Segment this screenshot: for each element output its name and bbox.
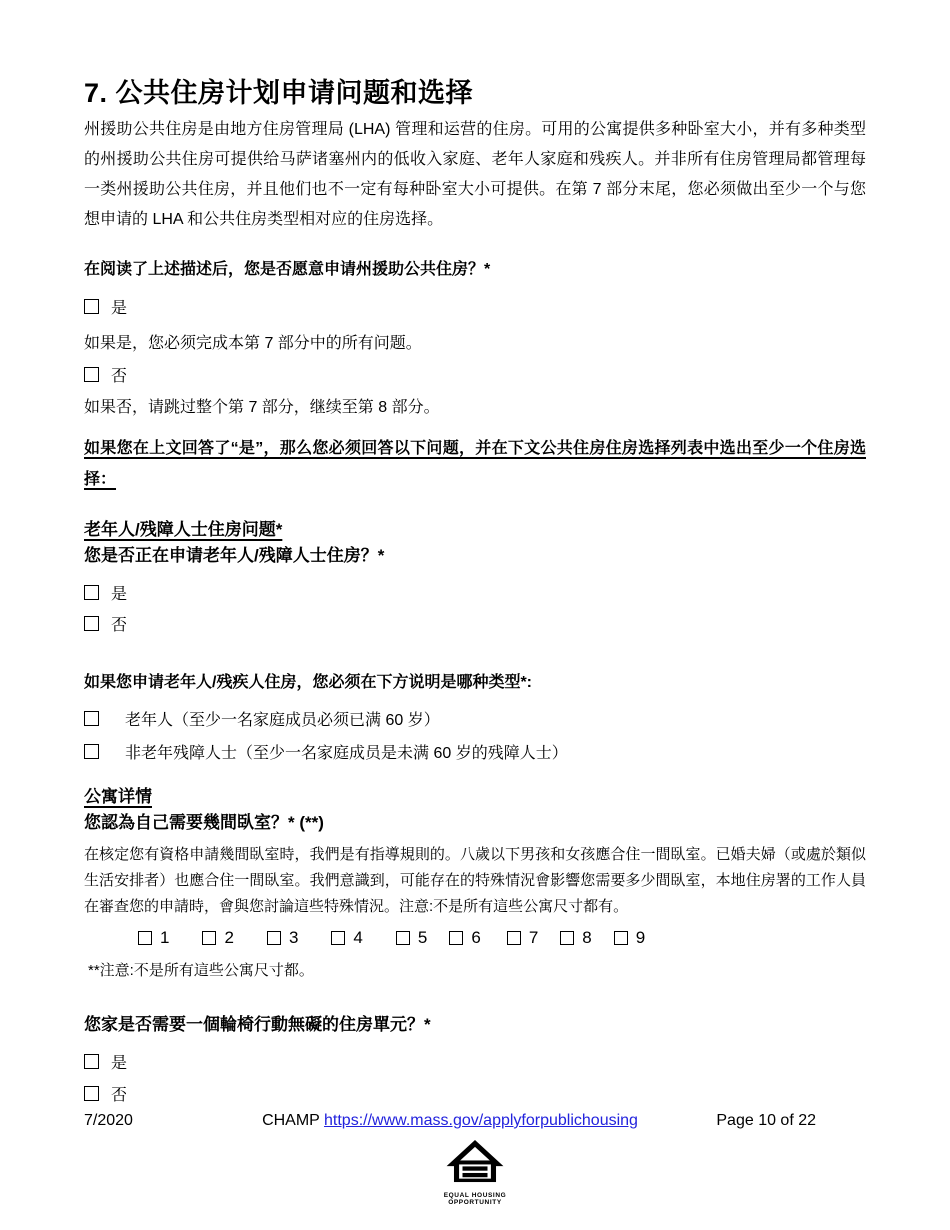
equal-housing-house-icon [446,1140,504,1190]
bedroom-3-label: 3 [289,928,298,948]
apply-yes-checkbox[interactable] [84,299,99,314]
bedroom-7-checkbox[interactable] [507,931,521,945]
equal-housing-logo: EQUAL HOUSING OPPORTUNITY [84,1140,866,1206]
page-footer: 7/2020 CHAMP https://www.mass.gov/applyf… [84,1112,866,1130]
apartment-section-heading: 公寓详情 [84,784,152,810]
bedroom-2-checkbox[interactable] [202,931,216,945]
elderly-no-option-row: 否 [84,612,866,634]
apartment-section: 公寓详情 您認為自己需要幾間臥室？* (**) [84,784,866,836]
elderly-yes-option-row: 是 [84,581,866,603]
apply-no-label: 否 [111,363,127,386]
bedroom-1-checkbox[interactable] [138,931,152,945]
bedroom-footnote: **注意:不是所有這些公寓尺寸都。 [84,958,866,984]
elderly-yes-checkbox[interactable] [84,585,99,600]
apply-yes-option-row: 是 [84,295,866,317]
bedroom-guidance-paragraph: 在核定您有資格申請幾間臥室時，我們是有指導規則的。八歲以下男孩和女孩應合住一間臥… [84,842,866,920]
apply-no-option-row: 否 [84,363,866,385]
page-title: 7. 公共住房计划申请问题和选择 [84,76,866,111]
wheelchair-no-label: 否 [111,1082,127,1105]
bedroom-option-8: 8 [560,928,591,948]
wheelchair-yes-option-row: 是 [84,1050,866,1072]
elderly-type-checkbox[interactable] [84,711,99,726]
bedroom-option-7: 7 [507,928,538,948]
bedroom-option-5: 5 [396,928,427,948]
bedroom-option-4: 4 [331,928,362,948]
bedroom-1-label: 1 [160,928,169,948]
elderly-type-option-row: 老年人（至少一名家庭成员必须已满 60 岁） [84,707,866,729]
footer-page-indicator: Page 10 of 22 [638,1112,866,1130]
elderly-no-checkbox[interactable] [84,616,99,631]
bedroom-option-3: 3 [267,928,298,948]
footer-date: 7/2020 [84,1112,262,1130]
logo-text-line2: OPPORTUNITY [444,1199,507,1206]
champ-label: CHAMP [262,1112,320,1129]
wheelchair-no-option-row: 否 [84,1082,866,1104]
wheelchair-yes-checkbox[interactable] [84,1054,99,1069]
conditional-instruction: 如果您在上文回答了“是”，那么您必须回答以下问题，并在下文公共住房住房选择列表中… [84,433,866,495]
wheelchair-no-checkbox[interactable] [84,1086,99,1101]
nonelderly-type-option-row: 非老年残障人士（至少一名家庭成员是未满 60 岁的残障人士） [84,740,866,762]
bedroom-4-checkbox[interactable] [331,931,345,945]
bedroom-count-row: 1 2 3 4 5 6 7 8 9 [138,926,866,950]
logo-text-line1: EQUAL HOUSING [444,1192,507,1199]
bedroom-8-label: 8 [582,928,591,948]
apply-no-checkbox[interactable] [84,367,99,382]
bedroom-3-checkbox[interactable] [267,931,281,945]
bedroom-option-9: 9 [614,928,645,948]
footer-champ: CHAMP https://www.mass.gov/applyforpubli… [262,1112,638,1130]
elderly-no-label: 否 [111,612,127,635]
elderly-section: 老年人/残障人士住房问题* 您是否正在申请老年人/残障人士住房？* [84,517,866,569]
bedroom-5-label: 5 [418,928,427,948]
bedrooms-question: 您認為自己需要幾間臥室？* (**) [84,810,866,836]
bedroom-5-checkbox[interactable] [396,931,410,945]
elderly-type-label: 老年人（至少一名家庭成员必须已满 60 岁） [125,707,440,730]
intro-paragraph: 州援助公共住房是由地方住房管理局 (LHA) 管理和运营的住房。可用的公寓提供多… [84,115,866,235]
bedroom-9-checkbox[interactable] [614,931,628,945]
bedroom-option-1: 1 [138,928,169,948]
equal-housing-logo-text: EQUAL HOUSING OPPORTUNITY [444,1192,507,1206]
document-page: 7. 公共住房计划申请问题和选择 州援助公共住房是由地方住房管理局 (LHA) … [0,0,950,1230]
bedroom-6-label: 6 [471,928,480,948]
apply-question: 在阅读了上述描述后，您是否愿意申请州援助公共住房？* [84,255,866,285]
bedroom-2-label: 2 [224,928,233,948]
apply-yes-label: 是 [111,295,127,318]
wheelchair-question: 您家是否需要一個輪椅行動無礙的住房單元？* [84,1012,866,1038]
wheelchair-yes-label: 是 [111,1050,127,1073]
bedroom-option-2: 2 [202,928,233,948]
elderly-type-question: 如果您申请老年人/残疾人住房，您必须在下方说明是哪种类型*: [84,668,866,698]
bedroom-8-checkbox[interactable] [560,931,574,945]
apply-link[interactable]: https://www.mass.gov/applyforpublichousi… [324,1112,638,1129]
apply-no-note: 如果否，请跳过整个第 7 部分，继续至第 8 部分。 [84,393,866,423]
bedroom-option-6: 6 [449,928,480,948]
nonelderly-type-label: 非老年残障人士（至少一名家庭成员是未满 60 岁的残障人士） [125,740,568,763]
elderly-section-heading: 老年人/残障人士住房问题* [84,517,282,543]
apply-yes-note: 如果是，您必须完成本第 7 部分中的所有问题。 [84,329,866,359]
elderly-question: 您是否正在申请老年人/残障人士住房？* [84,543,866,569]
bedroom-7-label: 7 [529,928,538,948]
nonelderly-type-checkbox[interactable] [84,744,99,759]
elderly-yes-label: 是 [111,581,127,604]
bedroom-4-label: 4 [353,928,362,948]
bedroom-6-checkbox[interactable] [449,931,463,945]
bedroom-9-label: 9 [636,928,645,948]
